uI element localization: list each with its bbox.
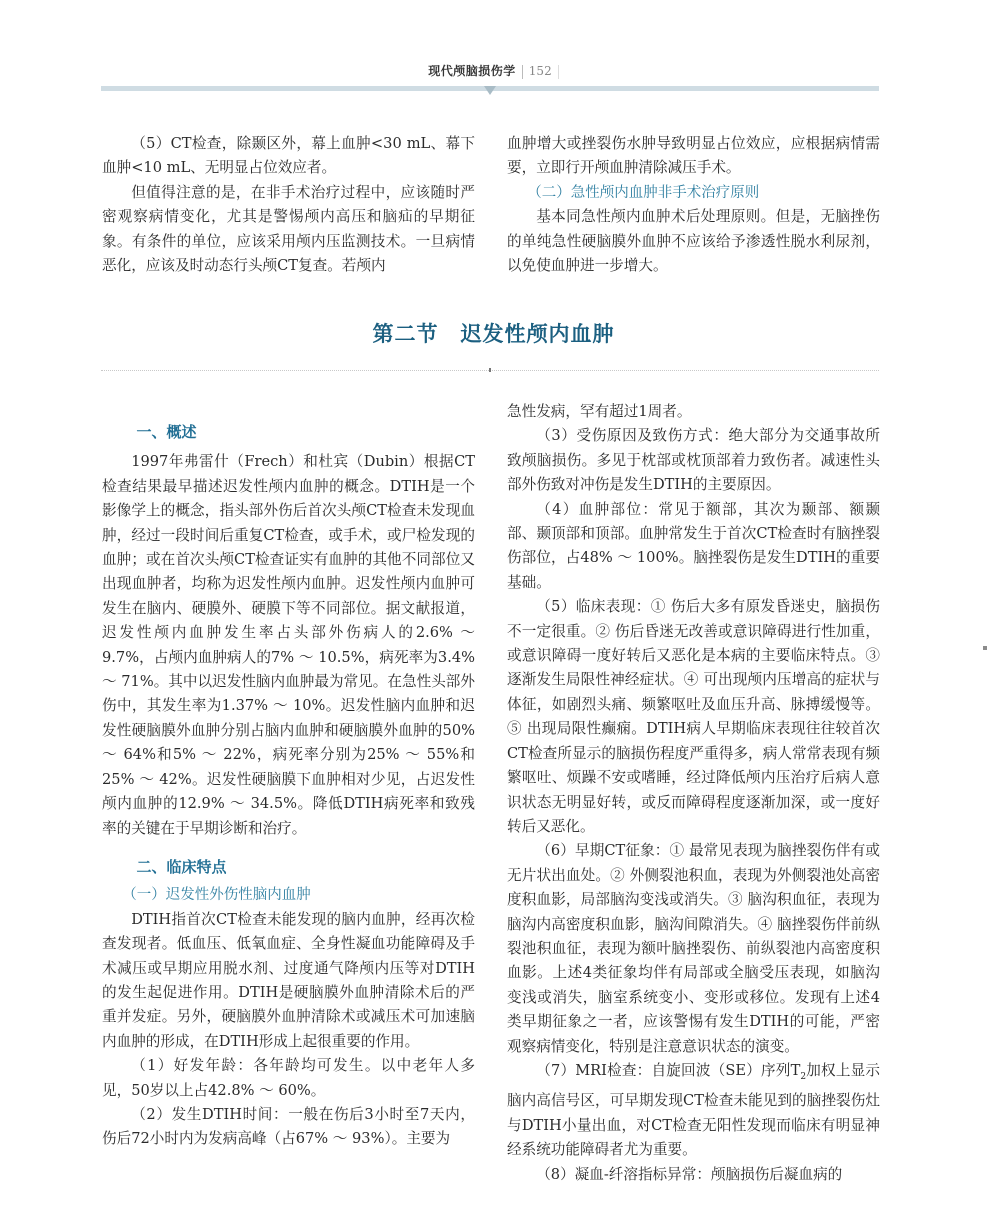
heading-overview: 一、概述 bbox=[102, 420, 475, 444]
paragraph: （5）临床表现：① 伤后大多有原发昏迷史，脑损伤不一定很重。② 伤后昏迷无改善或… bbox=[507, 595, 880, 839]
subheading: （一）迟发性外伤性脑内血肿 bbox=[102, 883, 475, 907]
section-name: 迟发性颅内血肿 bbox=[461, 321, 615, 346]
paragraph: （7）MRI检查：自旋回波（SE）序列T2加权上显示脑内高信号区，可早期发现CT… bbox=[507, 1059, 880, 1163]
main-right-column: 急性发病，罕有超过1周者。 （3）受伤原因及致伤方式：绝大部分为交通事故所致颅脑… bbox=[507, 400, 880, 1187]
paragraph: （2）发生DTIH时间：一般在伤后3小时至7天内，伤后72小时内为发病高峰（占6… bbox=[102, 1103, 475, 1152]
header-divider bbox=[522, 65, 523, 79]
paragraph: （4）血肿部位：常见于额部，其次为颞部、额颞部、颞顶部和顶部。血肿常发生于首次C… bbox=[507, 498, 880, 596]
paragraph: 急性发病，罕有超过1周者。 bbox=[507, 400, 880, 424]
paragraph: （6）早期CT征象：① 最常见表现为脑挫裂伤伴有或无片状出血处。② 外侧裂池积血… bbox=[507, 839, 880, 1059]
subheading: （二）急性颅内血肿非手术治疗原则 bbox=[507, 181, 880, 205]
paragraph: 基本同急性颅内血肿术后处理原则。但是，无脑挫伤的单纯急性硬脑膜外血肿不应该给予渗… bbox=[507, 205, 880, 278]
page-number: 152 bbox=[529, 64, 552, 78]
paragraph: 1997年弗雷什（Frech）和杜宾（Dubin）根据CT检查结果最早描述迟发性… bbox=[102, 450, 475, 841]
book-title: 现代颅脑损伤学 bbox=[428, 64, 516, 78]
paragraph: 但值得注意的是，在非手术治疗过程中，应该随时严密观察病情变化，尤其是警惕颅内高压… bbox=[102, 181, 475, 279]
top-right-column: 血肿增大或挫裂伤水肿导致明显占位效应，应根据病情需要，立即行开颅血肿清除减压手术… bbox=[507, 132, 880, 278]
main-left-column: 一、概述 1997年弗雷什（Frech）和杜宾（Dubin）根据CT检查结果最早… bbox=[102, 420, 475, 1152]
paragraph: （1）好发年龄：各年龄均可发生。以中老年人多见，50岁以上占42.8% ～ 60… bbox=[102, 1054, 475, 1103]
margin-mark bbox=[983, 646, 987, 650]
header-divider-right bbox=[558, 65, 559, 79]
header-triangle-marker-icon bbox=[484, 86, 496, 95]
heading-clinical-features: 二、临床特点 bbox=[102, 855, 475, 879]
text-run: （7）MRI检查：自旋回波（SE）序列T bbox=[536, 1062, 800, 1079]
paragraph: （5）CT检查，除颞区外，幕上血肿<30 mL、幕下血肿<10 mL、无明显占位… bbox=[102, 132, 475, 181]
paragraph: DTIH指首次CT检查未能发现的脑内血肿，经再次检查发现者。低血压、低氧血症、全… bbox=[102, 908, 475, 1054]
section-number: 第二节 bbox=[373, 321, 439, 346]
paragraph: （8）凝血-纤溶指标异常：颅脑损伤后凝血病的 bbox=[507, 1163, 880, 1187]
section-title: 第二节迟发性颅内血肿 bbox=[0, 318, 987, 348]
divider-center-mark bbox=[489, 368, 491, 372]
paragraph: （3）受伤原因及致伤方式：绝大部分为交通事故所致颅脑损伤。多见于枕部或枕顶部着力… bbox=[507, 424, 880, 497]
paragraph: 血肿增大或挫裂伤水肿导致明显占位效应，应根据病情需要，立即行开颅血肿清除减压手术… bbox=[507, 132, 880, 181]
top-left-column: （5）CT检查，除颞区外，幕上血肿<30 mL、幕下血肿<10 mL、无明显占位… bbox=[102, 132, 475, 278]
running-header: 现代颅脑损伤学152 bbox=[0, 62, 987, 79]
